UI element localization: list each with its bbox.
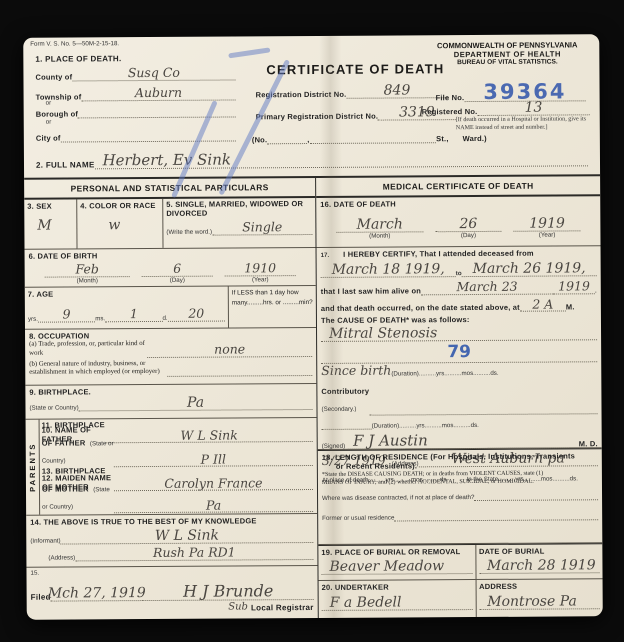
- burial-date-label: DATE OF BURIAL: [479, 546, 599, 556]
- residence-title-2: or Recent Residents).: [336, 462, 417, 471]
- undertaker-address-label: ADDRESS: [479, 581, 599, 591]
- dob-year-note: (Year): [225, 276, 296, 283]
- occupation-b-label: (b) General nature of industry, business…: [29, 360, 167, 378]
- residence-title: 18. LENGTH OF RESIDENCE (For Hospitals, …: [322, 451, 575, 462]
- last-saw-label: that I last saw him alive on: [321, 286, 421, 296]
- or-word-1: or: [46, 100, 52, 107]
- contributory-note: (Secondary.): [321, 406, 356, 413]
- dod-year-note: (Year): [514, 231, 581, 238]
- age-ds-value: 20: [188, 308, 204, 321]
- registrar-sub-note: Sub: [228, 602, 248, 612]
- blue-pencil-stroke: [228, 47, 270, 58]
- sex-value: M: [37, 218, 73, 232]
- sex-label: 3. SEX: [27, 201, 73, 210]
- father-bp-value: P Ill: [201, 453, 226, 466]
- borough-label: Borough of: [36, 109, 78, 118]
- signed-label: (Signed): [322, 442, 345, 449]
- or-word-2: or: [46, 119, 52, 126]
- informant-label: (Informant): [30, 538, 60, 545]
- cause-code-stamp: 79: [447, 342, 471, 362]
- place-of-death-heading: 1. PLACE OF DEATH.: [35, 54, 121, 64]
- county-value: Susq Co: [128, 67, 180, 80]
- undertaker-label: 20. UNDERTAKER: [322, 582, 473, 592]
- certificate-body: PERSONAL AND STATISTICAL PARTICULARS 3. …: [24, 174, 603, 620]
- township-label: Township of: [36, 92, 82, 101]
- primary-district-label: Primary Registration District No.: [256, 112, 379, 122]
- city-label: City of: [36, 134, 61, 143]
- birthplace-value: Pa: [187, 396, 204, 410]
- personal-particulars-title: PERSONAL AND STATISTICAL PARTICULARS: [24, 178, 315, 200]
- dod-year: 1919: [529, 216, 565, 230]
- dob-day: 6: [173, 263, 181, 276]
- age-yrs-value: 9: [63, 308, 71, 321]
- registered-no-label: Registered No.: [422, 107, 478, 116]
- attended-from-value: March 18 1919,: [332, 262, 445, 277]
- occupation-a-label: (a) Trade, profession, or, particular ki…: [29, 340, 147, 358]
- age-mos-value: 1: [130, 308, 138, 321]
- parents-section: PARENTS 10. NAME OF FATHER W L Sink 11. …: [26, 418, 318, 516]
- dod-month: March: [357, 217, 403, 231]
- undertaker-address-value: Montrose Pa: [487, 594, 577, 609]
- former-residence-label: Former or usual residence: [322, 514, 394, 521]
- signed-signature: F J Austin: [353, 433, 428, 448]
- filed-section-number: 15.: [30, 568, 313, 577]
- medical-certificate-column: MEDICAL CERTIFICATE OF DEATH 16. DATE OF…: [316, 176, 603, 620]
- death-certificate: Form V. S. No. 5—50M-2-15-18. 1. PLACE O…: [23, 34, 603, 620]
- full-name-label: 2. FULL NAME: [36, 160, 95, 169]
- father-name-value: W L Sink: [180, 429, 237, 442]
- age-yrs-label: yrs.: [28, 315, 38, 322]
- informant-value: W L Sink: [155, 529, 219, 543]
- dob-month: Feb: [75, 263, 98, 276]
- cause-duration-value: Since birth: [321, 365, 391, 378]
- age-less-note: If LESS than 1 day how many.........hrs.…: [228, 286, 316, 328]
- dod-month-note: (Month): [336, 232, 423, 240]
- duration-row-label: (Duration)..........yrs..........mos....…: [391, 369, 597, 377]
- informant-address-label: (Address): [48, 554, 75, 561]
- registration-district-value: 849: [384, 83, 411, 97]
- burial-place-label: 19. PLACE OF BURIAL OR REMOVAL: [321, 547, 472, 557]
- dob-year: 1910: [244, 262, 276, 275]
- in-state-row: In the State..........yrs..........mos..…: [466, 475, 597, 483]
- dob-month-note: (Month): [45, 277, 130, 285]
- meridiem-label: M.: [566, 302, 575, 311]
- death-hour-value: 2 A: [532, 298, 553, 311]
- medical-certificate-title: MEDICAL CERTIFICATE OF DEATH: [316, 176, 600, 198]
- full-name-value: Herbert, Ev Sink: [103, 152, 231, 168]
- cause-of-death-label: The CAUSE OF DEATH* was as follows:: [321, 314, 597, 325]
- marital-note: (Write the word.): [166, 228, 212, 235]
- birthplace-note: (State or Country): [29, 404, 78, 411]
- parents-vertical-label: PARENTS: [26, 420, 41, 515]
- township-value: Auburn: [135, 87, 182, 100]
- occupation-a-value: none: [214, 344, 245, 357]
- dob-label: 6. DATE OF BIRTH: [29, 250, 312, 261]
- no-label: (No.: [252, 135, 267, 144]
- duration-row-2-label: (Duration)..........yrs..........mos....…: [372, 422, 479, 430]
- contributory-label: Contributory: [321, 386, 369, 395]
- at-place-row: At place of death..........yrs..........…: [322, 476, 467, 484]
- certify-section-number: 17.: [321, 252, 330, 259]
- certify-intro: I HEREBY CERTIFY, That I attended deceas…: [343, 249, 534, 259]
- burial-place-value: Beaver Meadow: [329, 559, 444, 574]
- attended-to-value: March 26 1919,: [473, 261, 586, 276]
- informant-address-value: Rush Pa RD1: [153, 546, 236, 559]
- color-race-label: 4. COLOR OR RACE: [80, 201, 159, 210]
- dod-day: 26: [459, 217, 477, 231]
- form-number: Form V. S. No. 5—50M-2-15-18.: [30, 40, 119, 48]
- md-label: M. D.: [579, 439, 598, 448]
- mother-bp-value: Pa: [206, 499, 221, 512]
- county-label: County of: [35, 72, 72, 81]
- dod-day-note: (Day): [435, 232, 502, 239]
- dob-day-note: (Day): [142, 276, 213, 283]
- registered-no-value: 13: [525, 101, 543, 115]
- registration-district-label: Registration District No.: [256, 90, 347, 100]
- mother-name-value: Carolyn France: [164, 477, 262, 490]
- contracted-label: Where was disease contracted, if not at …: [322, 494, 474, 502]
- local-registrar-label: Local Registrar: [251, 603, 314, 612]
- burial-date-value: March 28 1919: [487, 558, 596, 573]
- certificate-header: Form V. S. No. 5—50M-2-15-18. 1. PLACE O…: [23, 34, 600, 178]
- age-mos-label: ms.: [95, 315, 105, 322]
- ward-label: Ward.): [463, 134, 487, 143]
- scan-background: Form V. S. No. 5—50M-2-15-18. 1. PLACE O…: [0, 0, 624, 642]
- dod-label: 16. DATE OF DEATH: [320, 198, 596, 209]
- hospital-note: [If death occurred in a Hospital or Inst…: [456, 116, 588, 132]
- registrar-signature: H J Brunde: [183, 583, 273, 600]
- cause-of-death-value: Mitral Stenosis: [329, 326, 437, 341]
- personal-particulars-column: PERSONAL AND STATISTICAL PARTICULARS 3. …: [24, 178, 319, 620]
- last-saw-value: March 23: [456, 281, 517, 294]
- color-race-value: w: [108, 218, 159, 232]
- marital-value: Single: [242, 221, 282, 234]
- age-label: 7. AGE: [28, 289, 225, 299]
- undertaker-value: F a Bedell: [330, 595, 402, 609]
- truth-statement: 14. THE ABOVE IS TRUE TO THE BEST OF MY …: [30, 516, 313, 527]
- death-occurred-label: and that death occurred, on the date sta…: [321, 303, 520, 313]
- bureau-line: BUREAU OF VITAL STATISTICS.: [421, 58, 593, 66]
- st-label: St.,: [436, 134, 449, 143]
- marital-label: 5. SINGLE, MARRIED, WIDOWED OR DIVORCED: [166, 200, 312, 218]
- last-saw-year: 1919: [558, 280, 590, 293]
- filed-date-value: Mch 27, 1919: [48, 586, 146, 601]
